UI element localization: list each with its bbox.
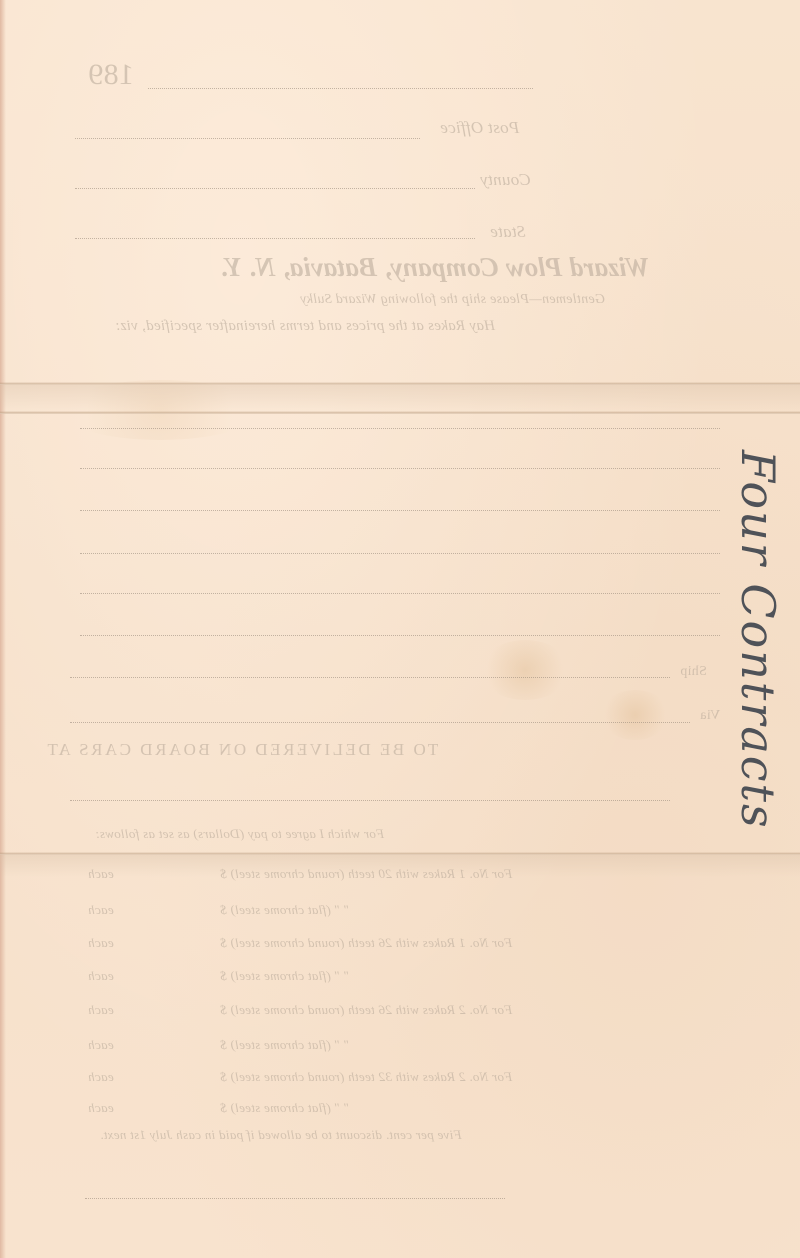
post-office-label: Post Office	[440, 118, 519, 138]
order-line	[80, 553, 720, 554]
handwritten-note: Four Contracts	[725, 450, 785, 870]
year-prefix: 189	[88, 58, 134, 92]
date-line	[148, 88, 533, 89]
order-line	[80, 468, 720, 469]
state-label: State	[490, 222, 526, 242]
price-line-2-unit: each	[88, 902, 114, 918]
price-line-8: " " (flat chrome steel) $	[220, 1100, 350, 1116]
county-line	[75, 188, 475, 189]
ship-line	[70, 677, 670, 678]
discount-note: Five per cent. discount to be allowed if…	[100, 1127, 462, 1143]
salutation-continued: Hay Rakes at the prices and terms herein…	[115, 318, 495, 335]
price-line-5-unit: each	[88, 1002, 114, 1018]
order-line	[80, 510, 720, 511]
via-label: Via	[700, 708, 720, 724]
county-label: County	[480, 170, 531, 190]
price-line-3: For No. 1 Rakes with 26 teeth (round chr…	[220, 935, 512, 951]
salutation: Gentlemen—Please ship the following Wiza…	[300, 292, 605, 308]
company-heading: Wizard Plow Company, Batavia, N. Y.	[220, 252, 650, 283]
delivery-underline	[70, 800, 670, 801]
post-office-line	[75, 138, 420, 139]
order-line	[80, 635, 720, 636]
price-line-7: For No. 2 Rakes with 32 teeth (round chr…	[220, 1069, 512, 1085]
price-line-2: " " (flat chrome steel) $	[220, 902, 350, 918]
price-line-1-unit: each	[88, 866, 114, 882]
signature-line	[85, 1198, 505, 1199]
stain	[480, 640, 570, 700]
price-line-8-unit: each	[88, 1100, 114, 1116]
price-line-3-unit: each	[88, 935, 114, 951]
price-line-4: " " (flat chrome steel) $	[220, 968, 350, 984]
price-line-6-unit: each	[88, 1037, 114, 1053]
price-line-5: For No. 2 Rakes with 26 teeth (round chr…	[220, 1002, 512, 1018]
ship-label: Ship	[680, 664, 707, 680]
fold-crease-second	[0, 411, 800, 414]
fold-shadow	[0, 385, 800, 411]
stain	[600, 690, 670, 740]
via-line	[70, 722, 690, 723]
order-line	[80, 593, 720, 594]
state-line	[75, 238, 475, 239]
price-line-6: " " (flat chrome steel) $	[220, 1037, 350, 1053]
payment-line: For which I agree to pay (Dollars) as se…	[95, 826, 384, 842]
order-line	[80, 428, 720, 429]
price-line-1: For No. 1 Rakes with 20 teeth (round chr…	[220, 866, 512, 882]
price-line-7-unit: each	[88, 1069, 114, 1085]
paper-edge	[0, 0, 6, 1258]
price-line-4-unit: each	[88, 968, 114, 984]
delivery-line: TO BE DELIVERED ON BOARD CARS AT	[45, 740, 438, 760]
